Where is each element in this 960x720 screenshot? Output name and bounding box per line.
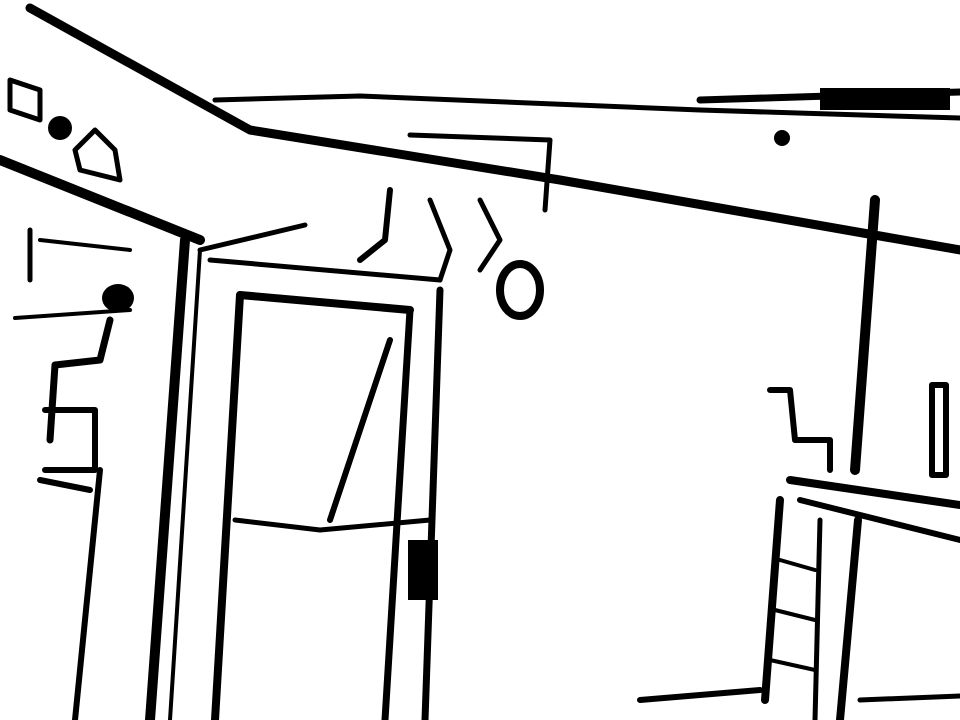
room-sketch: [0, 0, 960, 720]
table: [640, 385, 960, 720]
left-wall-fixtures: [15, 230, 134, 720]
floor-line: [860, 696, 960, 700]
left-wall-shelf: [0, 80, 200, 240]
right-post: [840, 200, 875, 720]
doorway: [210, 260, 440, 720]
ceiling-beam: [30, 8, 960, 250]
